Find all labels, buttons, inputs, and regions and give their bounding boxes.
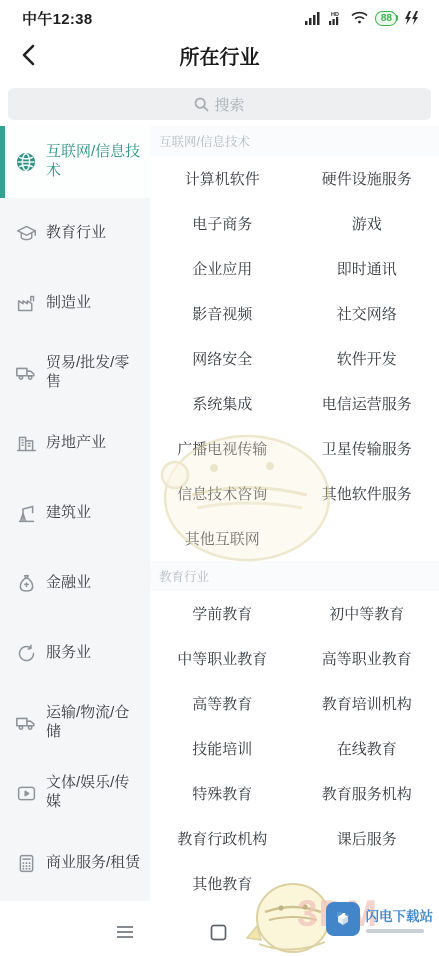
category-item[interactable]: 高等教育 — [150, 681, 295, 726]
wifi-icon — [351, 11, 368, 25]
cell-signal-icon — [305, 12, 321, 25]
category-item[interactable]: 教育行政机构 — [150, 816, 295, 861]
category-item[interactable]: 即时通讯 — [295, 246, 439, 291]
truck-icon — [15, 712, 37, 734]
category-item[interactable]: 其他教育 — [150, 861, 295, 901]
nav-home-icon[interactable] — [204, 918, 232, 946]
category-item[interactable]: 课后服务 — [295, 816, 439, 861]
sidebar-item-label: 金融业 — [46, 574, 91, 593]
category-item[interactable]: 其他互联网 — [150, 516, 295, 561]
globe-icon — [15, 151, 37, 173]
sidebar-item-label: 建筑业 — [46, 504, 91, 523]
section-header-1: 互联网/信息技术 — [150, 126, 439, 156]
status-bar: 中午12:38 HD 88 — [0, 0, 439, 32]
category-item[interactable]: 软件开发 — [295, 336, 439, 381]
sidebar-item-8[interactable]: 服务业 — [0, 618, 150, 688]
search-icon — [194, 97, 209, 112]
category-item[interactable]: 初中等教育 — [295, 591, 439, 636]
sidebar-item-label: 服务业 — [46, 644, 91, 663]
category-item[interactable]: 卫星传输服务 — [295, 426, 439, 471]
status-icons: HD 88 — [305, 11, 419, 26]
category-item[interactable]: 电子商务 — [150, 201, 295, 246]
content: 互联网/信息技术教育行业制造业贸易/批发/零售房地产业建筑业金融业服务业运输/物… — [0, 126, 439, 901]
nav-menu-icon[interactable] — [111, 918, 139, 946]
category-item[interactable]: 计算机软件 — [150, 156, 295, 201]
sidebar-item-3[interactable]: 制造业 — [0, 268, 150, 338]
industry-picker-screen: 中午12:38 HD 88 所在行业 搜索 — [0, 0, 439, 956]
category-item[interactable]: 中等职业教育 — [150, 636, 295, 681]
building-icon — [15, 432, 37, 454]
category-item[interactable]: 广播电视传输 — [150, 426, 295, 471]
section-grid-1: 计算机软件硬件设施服务电子商务游戏企业应用即时通讯影音视频社交网络网络安全软件开… — [150, 156, 439, 561]
clock: 中午12:38 — [22, 8, 92, 29]
sidebar-item-label: 房地产业 — [46, 434, 106, 453]
category-item[interactable]: 企业应用 — [150, 246, 295, 291]
sidebar-item-6[interactable]: 建筑业 — [0, 478, 150, 548]
sidebar-item-label: 运输/物流/仓储 — [46, 704, 144, 742]
category-item[interactable]: 信息技术咨询 — [150, 471, 295, 516]
sidebar-item-7[interactable]: 金融业 — [0, 548, 150, 618]
category-panel: 互联网/信息技术计算机软件硬件设施服务电子商务游戏企业应用即时通讯影音视频社交网… — [150, 126, 439, 901]
category-item[interactable]: 高等职业教育 — [295, 636, 439, 681]
money-bag-icon — [15, 572, 37, 594]
sidebar-item-9[interactable]: 运输/物流/仓储 — [0, 688, 150, 758]
category-item[interactable]: 技能培训 — [150, 726, 295, 771]
android-nav-bar — [0, 906, 439, 956]
sidebar-item-4[interactable]: 贸易/批发/零售 — [0, 338, 150, 408]
category-item[interactable]: 教育培训机构 — [295, 681, 439, 726]
page-title: 所在行业 — [180, 41, 260, 70]
category-item[interactable]: 网络安全 — [150, 336, 295, 381]
category-item[interactable]: 在线教育 — [295, 726, 439, 771]
sidebar-item-5[interactable]: 房地产业 — [0, 408, 150, 478]
cell-signal-hd-icon: HD — [328, 11, 344, 25]
quick-charge-icon — [404, 11, 419, 25]
search-area: 搜索 — [0, 78, 439, 126]
sidebar-item-label: 商业服务/租赁 — [46, 854, 140, 873]
category-item[interactable]: 教育服务机构 — [295, 771, 439, 816]
sidebar-item-label: 制造业 — [46, 294, 91, 313]
category-item[interactable]: 特殊教育 — [150, 771, 295, 816]
sidebar-item-label: 贸易/批发/零售 — [46, 354, 144, 392]
category-item[interactable]: 影音视频 — [150, 291, 295, 336]
category-item[interactable]: 其他软件服务 — [295, 471, 439, 516]
category-item[interactable]: 社交网络 — [295, 291, 439, 336]
sidebar-item-10[interactable]: 文体/娱乐/传媒 — [0, 758, 150, 828]
search-placeholder: 搜索 — [214, 94, 244, 115]
category-item[interactable]: 系统集成 — [150, 381, 295, 426]
sidebar-item-label: 文体/娱乐/传媒 — [46, 774, 144, 812]
sidebar: 互联网/信息技术教育行业制造业贸易/批发/零售房地产业建筑业金融业服务业运输/物… — [0, 126, 150, 901]
factory-icon — [15, 292, 37, 314]
crane-icon — [15, 502, 37, 524]
category-item[interactable]: 学前教育 — [150, 591, 295, 636]
category-item[interactable]: 电信运营服务 — [295, 381, 439, 426]
back-button[interactable] — [14, 40, 44, 70]
search-input[interactable]: 搜索 — [8, 88, 431, 120]
category-item[interactable]: 游戏 — [295, 201, 439, 246]
section-header-2: 教育行业 — [150, 561, 439, 591]
category-item[interactable]: 硬件设施服务 — [295, 156, 439, 201]
sidebar-item-2[interactable]: 教育行业 — [0, 198, 150, 268]
sidebar-item-11[interactable]: 商业服务/租赁 — [0, 828, 150, 898]
section-grid-2: 学前教育初中等教育中等职业教育高等职业教育高等教育教育培训机构技能培训在线教育特… — [150, 591, 439, 901]
media-play-icon — [15, 782, 37, 804]
truck-icon — [15, 362, 37, 384]
service-arrow-icon — [15, 642, 37, 664]
calculator-icon — [15, 852, 37, 874]
sidebar-item-label: 教育行业 — [46, 224, 106, 243]
sidebar-item-label: 互联网/信息技术 — [46, 143, 144, 181]
sidebar-item-1[interactable]: 互联网/信息技术 — [0, 126, 150, 198]
graduation-cap-icon — [15, 222, 37, 244]
page-header: 所在行业 — [0, 32, 439, 78]
battery-icon: 88 — [375, 11, 397, 26]
